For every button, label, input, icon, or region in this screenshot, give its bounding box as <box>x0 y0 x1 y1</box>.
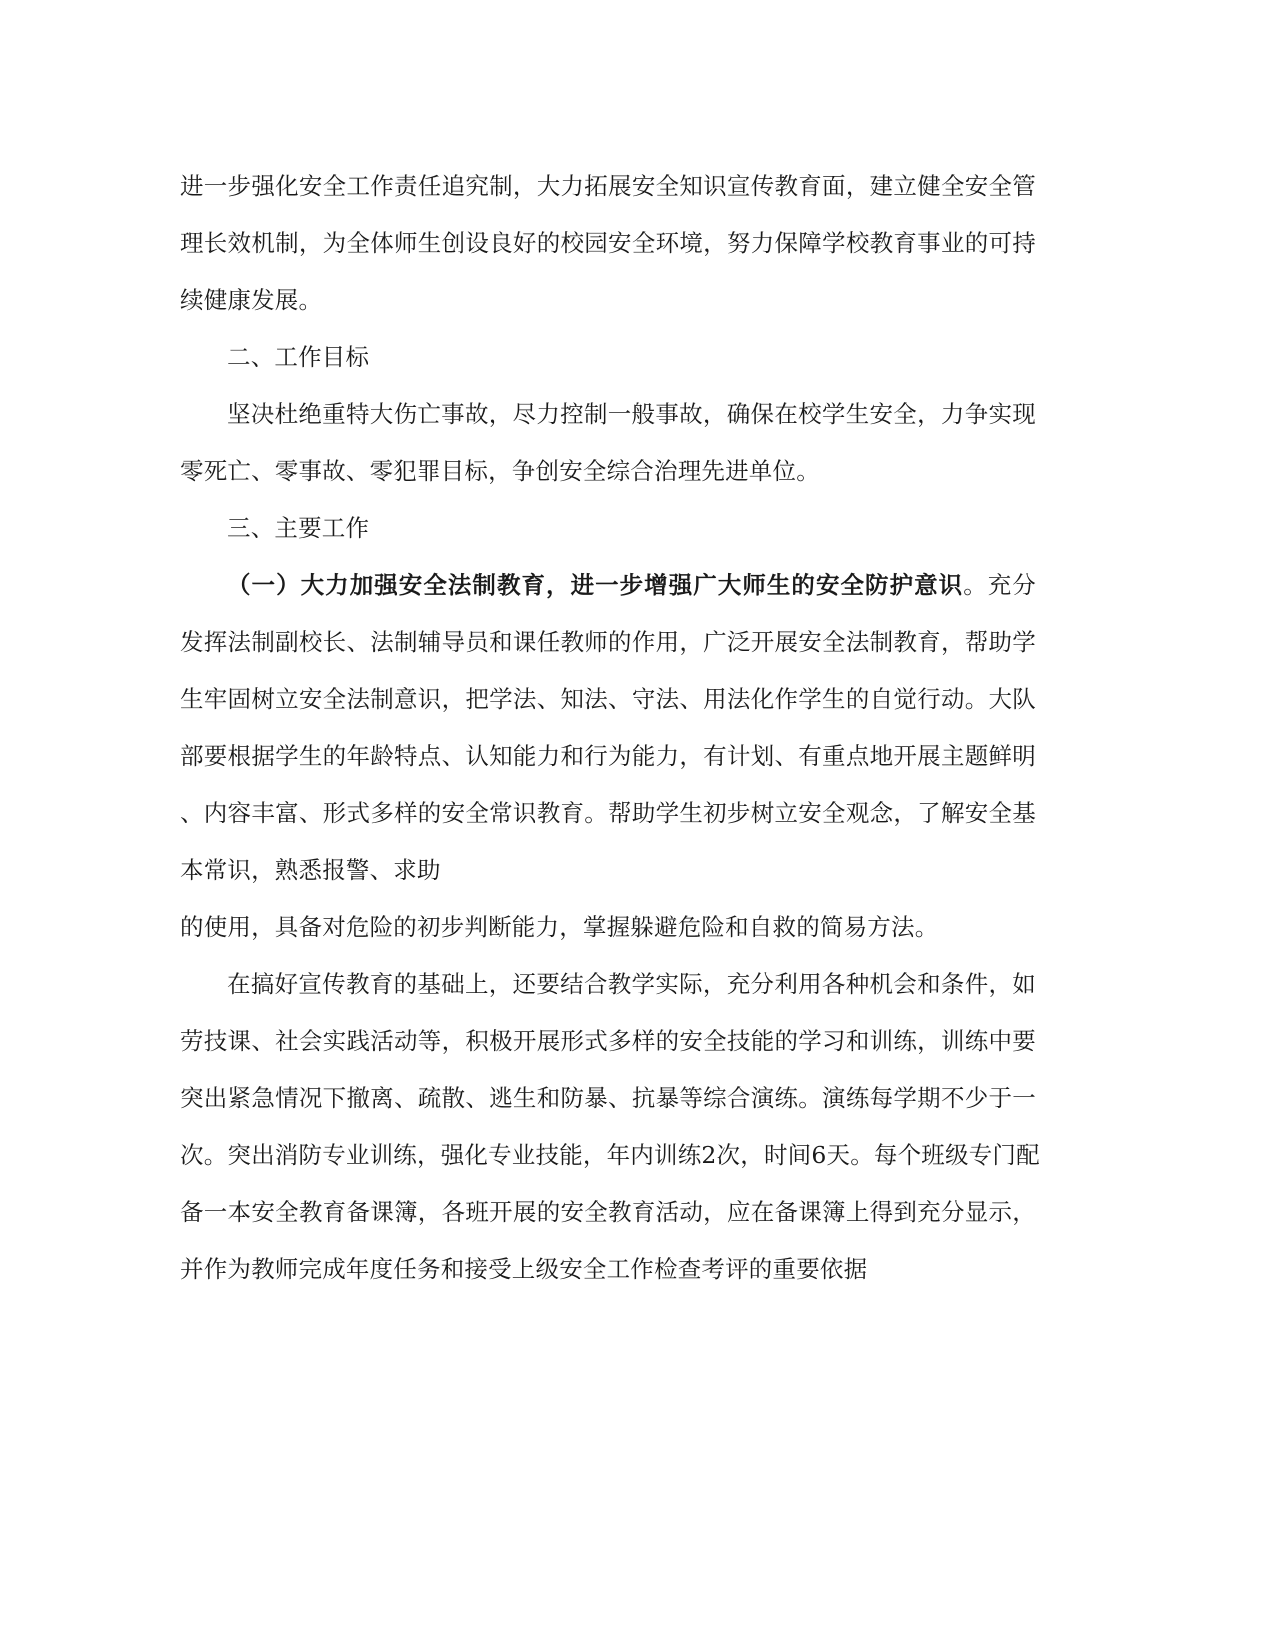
paragraph-line: 本常识，熟悉报警、求助 <box>180 842 1036 899</box>
paragraph-line: 发挥法制副校长、法制辅导员和课任教师的作用，广泛开展安全法制教育，帮助学 <box>180 614 1036 671</box>
paragraph-line: 劳技课、社会实践活动等，积极开展形式多样的安全技能的学习和训练，训练中要 <box>180 1013 1036 1070</box>
subsection-title: （一）大力加强安全法制教育，进一步增强广大师生的安全防护意识 <box>227 571 963 599</box>
paragraph-line: 、内容丰富、形式多样的安全常识教育。帮助学生初步树立安全观念，了解安全基 <box>180 785 1036 842</box>
section-heading-main-work: 三、主要工作 <box>180 500 1036 557</box>
subsection-title-tail: 。充分 <box>963 571 1036 599</box>
paragraph-line: 生牢固树立安全法制意识，把学法、知法、守法、用法化作学生的自觉行动。大队 <box>180 671 1036 728</box>
section-heading-work-goals: 二、工作目标 <box>180 329 1036 386</box>
paragraph-line: 零死亡、零事故、零犯罪目标，争创安全综合治理先进单位。 <box>180 443 1036 500</box>
paragraph-line: 次。突出消防专业训练，强化专业技能，年内训练2次，时间6天。每个班级专门配 <box>180 1127 1036 1184</box>
document-page: 进一步强化安全工作责任追究制，大力拓展安全知识宣传教育面，建立健全安全管 理长效… <box>180 158 1036 1298</box>
paragraph-line: 备一本安全教育备课簿，各班开展的安全教育活动，应在备课簿上得到充分显示， <box>180 1184 1036 1241</box>
paragraph-line: 突出紧急情况下撤离、疏散、逃生和防暴、抗暴等综合演练。演练每学期不少于一 <box>180 1070 1036 1127</box>
paragraph-line: 进一步强化安全工作责任追究制，大力拓展安全知识宣传教育面，建立健全安全管 <box>180 158 1036 215</box>
paragraph-line: 理长效机制，为全体师生创设良好的校园安全环境，努力保障学校教育事业的可持 <box>180 215 1036 272</box>
paragraph-line: 续健康发展。 <box>180 272 1036 329</box>
paragraph-line: 部要根据学生的年龄特点、认知能力和行为能力，有计划、有重点地开展主题鲜明 <box>180 728 1036 785</box>
subsection-lead-line: （一）大力加强安全法制教育，进一步增强广大师生的安全防护意识。充分 <box>180 557 1036 614</box>
paragraph-line: 并作为教师完成年度任务和接受上级安全工作检查考评的重要依据 <box>180 1241 1036 1298</box>
paragraph-line: 在搞好宣传教育的基础上，还要结合教学实际，充分利用各种机会和条件，如 <box>180 956 1036 1013</box>
paragraph-line: 坚决杜绝重特大伤亡事故，尽力控制一般事故，确保在校学生安全，力争实现 <box>180 386 1036 443</box>
paragraph-line: 的使用，具备对危险的初步判断能力，掌握躲避危险和自救的简易方法。 <box>180 899 1036 956</box>
